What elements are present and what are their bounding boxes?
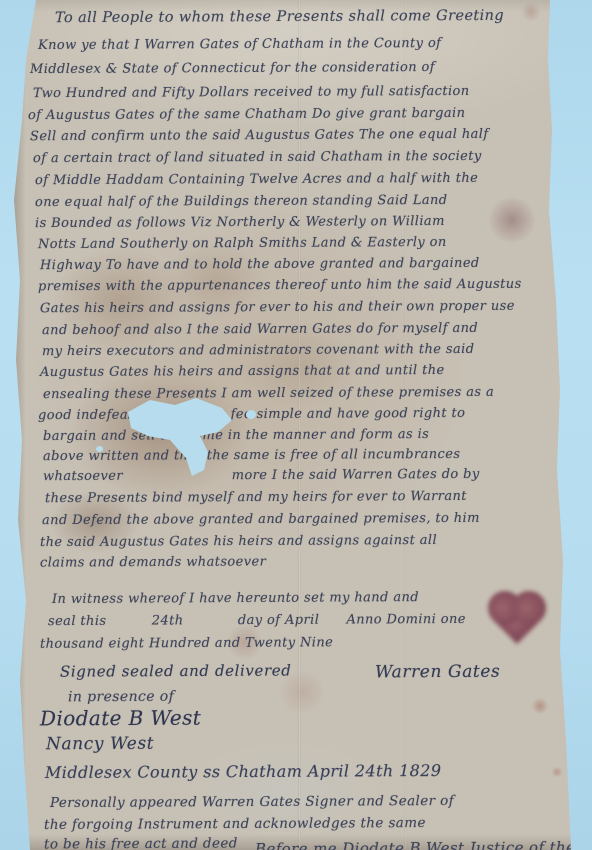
- deed-line: Augustus Gates his heirs and assigns tha…: [40, 364, 445, 379]
- jurat-line: the forgoing Instrument and acknowledges…: [44, 817, 426, 832]
- deed-line: Middlesex & State of Connecticut for the…: [30, 61, 435, 76]
- deed-line: these Presents bind myself and my heirs …: [45, 490, 467, 505]
- jurat-line: to be his free act and deed: [44, 837, 238, 850]
- paper-sheet: To all People to whom these Presents sha…: [0, 0, 592, 850]
- deed-line: Two Hundred and Fifty Dollars received t…: [33, 85, 470, 100]
- deed-line: of Augustus Gates of the same Chatham Do…: [28, 107, 465, 122]
- wax-seal-heart: [493, 596, 541, 644]
- attestation-presence-line: in presence of: [68, 690, 174, 705]
- deed-line: my heirs executors and administrators co…: [42, 343, 474, 358]
- deed-line: Sell and confirm unto the said Augustus …: [30, 128, 489, 143]
- deed-line: Gates his heirs and assigns for ever to …: [40, 300, 515, 315]
- deed-line: bargain and sell the same in the manner …: [43, 428, 429, 443]
- deed-line: one equal half of the Buildings thereon …: [35, 194, 448, 209]
- deed-line: To all People to whom these Presents sha…: [55, 9, 504, 26]
- deed-line: premises with the appurtenances thereof …: [38, 278, 522, 294]
- deed-line: is Bounded as follows Viz Northerly & We…: [35, 215, 445, 230]
- attestation-signed-line: Signed sealed and delivered: [60, 663, 291, 679]
- deed-line: and behoof and also I the said Warren Ga…: [42, 322, 478, 337]
- grantor-signature: Warren Gates: [375, 664, 500, 682]
- jurat-line: Personally appeared Warren Gates Signer …: [50, 795, 454, 811]
- deed-line: ensealing these Presents I am well seize…: [43, 386, 494, 401]
- witness-signature: Nancy West: [46, 736, 154, 754]
- paper-hole: [246, 410, 256, 419]
- jurat-officer-line: Before me Diodate B West Justice of the …: [255, 840, 592, 850]
- testimonium-line: In witness whereof I have hereunto set m…: [52, 591, 419, 606]
- deed-line: whatsoever more I the said Warren Gates …: [43, 468, 480, 483]
- witness-signature: Diodate B West: [40, 708, 201, 729]
- deed-line: and Defend the above granted and bargain…: [42, 512, 480, 527]
- deed-line: Know ye that I Warren Gates of Chatham i…: [38, 37, 441, 52]
- deed-line: claims and demands whatsoever: [40, 555, 266, 569]
- jurat-venue-line: Middlesex County ss Chatham April 24th 1…: [45, 763, 441, 781]
- testimonium-line: seal this 24th day of April Anno Domini …: [48, 613, 466, 628]
- testimonium-line: thousand eight Hundred and Twenty Nine: [40, 636, 333, 651]
- deed-line: above written and that the same is free …: [43, 448, 460, 463]
- deed-line: Notts Land Southerly on Ralph Smiths Lan…: [38, 236, 447, 251]
- paper-hole: [96, 446, 103, 452]
- deed-line: of a certain tract of land situated in s…: [33, 150, 482, 165]
- document-scan: To all People to whom these Presents sha…: [0, 0, 592, 850]
- deed-line: Highway To have and to hold the above gr…: [40, 257, 480, 272]
- deed-line: the said Augustus Gates his heirs and as…: [40, 534, 437, 549]
- deed-line: of Middle Haddam Containing Twelve Acres…: [35, 172, 478, 187]
